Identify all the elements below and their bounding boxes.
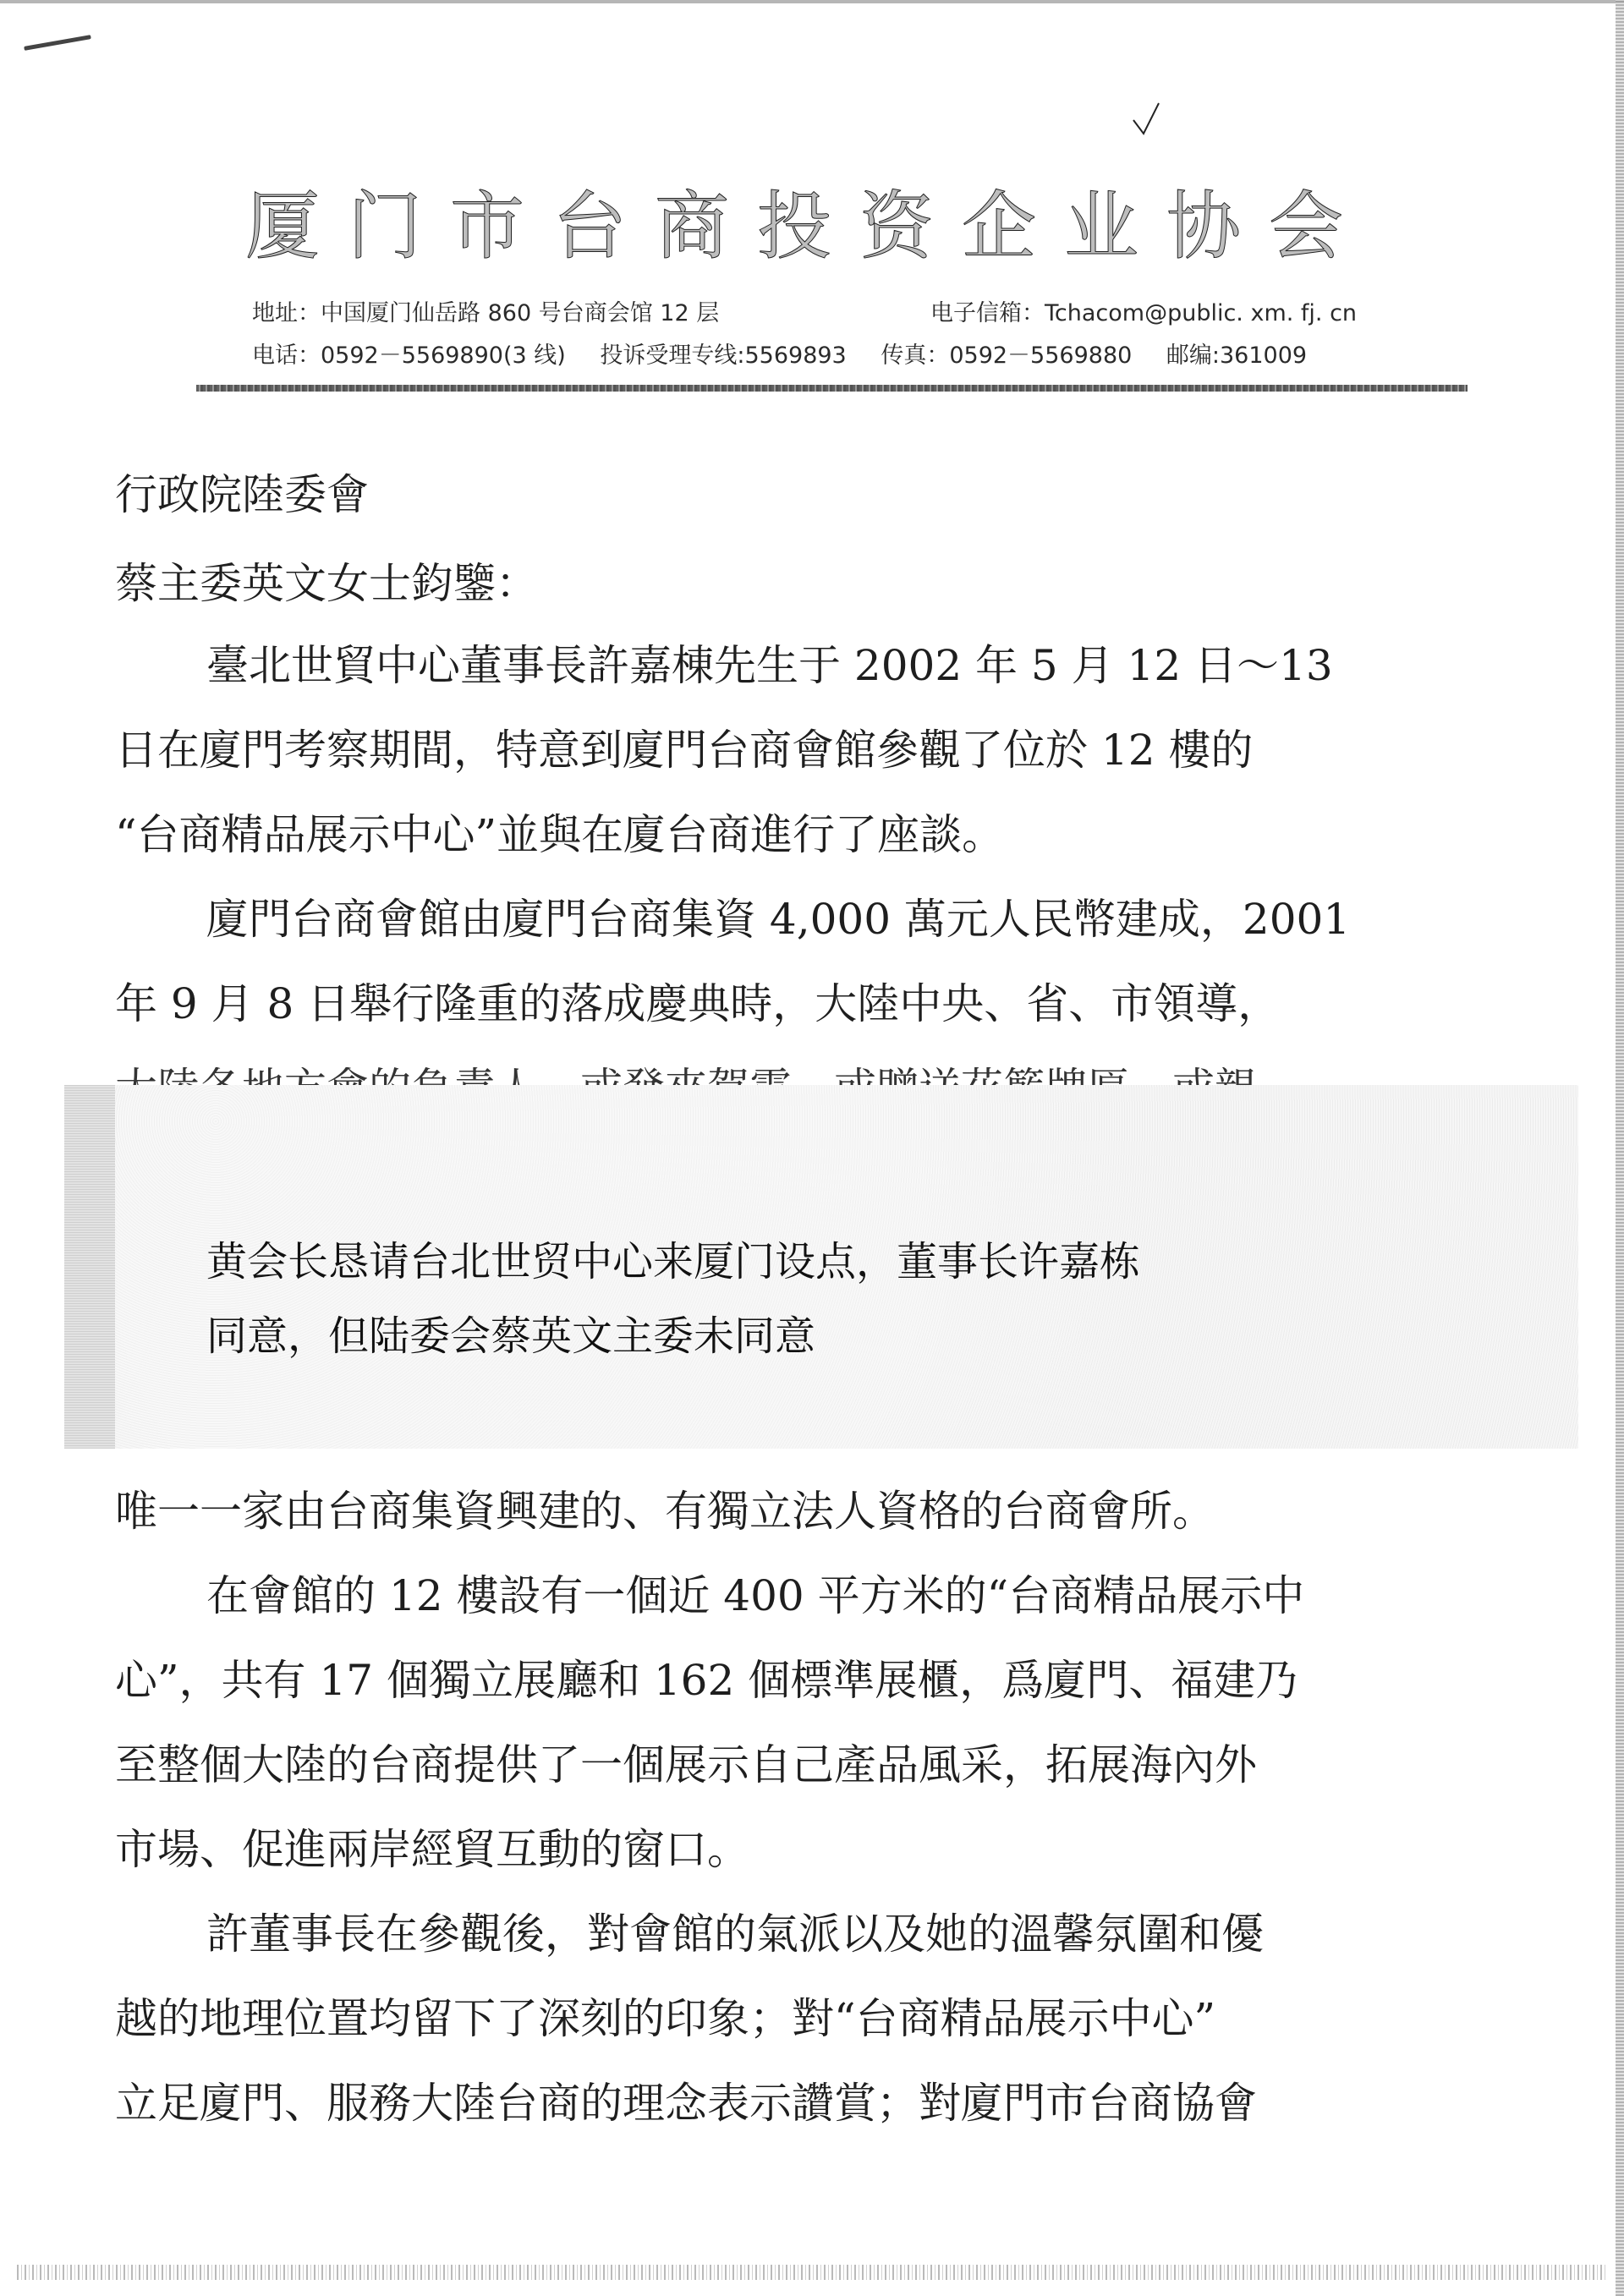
body-line: 臺北世貿中心董事長許嘉棟先生于 2002 年 5 月 12 日～13 [206, 644, 1333, 687]
scan-edge-top [0, 0, 1624, 3]
scan-edge-bottom [17, 2265, 1607, 2280]
body-line: 至整個大陸的台商提供了一個展示自己產品風采，拓展海內外 [115, 1744, 1257, 1786]
letterhead-complaint-line: 投诉受理专线:5569893 [600, 342, 846, 369]
letterhead-email: 电子信箱：Tchacom@public. xm. fj. cn [930, 294, 1357, 327]
annotation-box: 黄会长恳请台北世贸中心来厦门设点，董事长许嘉栋 同意，但陆委会蔡英文主委未同意 [64, 1085, 1578, 1449]
checkmark-icon [1132, 101, 1160, 135]
body-line: 唯一一家由台商集資興建的、有獨立法人資格的台商會所。 [115, 1490, 1215, 1532]
letterhead-phone: 电话：0592－5569890(3 线) [252, 342, 566, 369]
letterhead-postcode: 邮编:361009 [1166, 342, 1307, 369]
body-line: 立足廈門、服務大陸台商的理念表示讚賞；對廈門市台商協會 [115, 2082, 1257, 2124]
body-line: 在會館的 12 樓設有一個近 400 平方米的“台商精品展示中 [206, 1575, 1304, 1617]
body-line: 越的地理位置均留下了深刻的印象；對“台商精品展示中心” [115, 1997, 1215, 2040]
salutation: 蔡主委英文女士鈞鑒： [115, 562, 538, 605]
body-line: 市場、促進兩岸經貿互動的窗口。 [115, 1828, 749, 1871]
pen-mark [24, 35, 91, 51]
organization-title: 厦门市台商投资企业协会 [245, 167, 1429, 274]
body-line: 心”，共有 17 個獨立展廳和 162 個標準展櫃，爲廈門、福建乃 [115, 1659, 1298, 1701]
annotation-line: 黄会长恳请台北世贸中心来厦门设点，董事长许嘉栋 [206, 1229, 1140, 1287]
letterhead-address: 地址：中国厦门仙岳路 860 号台商会馆 12 层 [252, 294, 719, 327]
annotation-line: 同意，但陆委会蔡英文主委未同意 [206, 1303, 815, 1362]
recipient-org: 行政院陸委會 [115, 474, 369, 516]
body-line: 許董事長在參觀後，對會館的氣派以及她的溫馨氛圍和優 [206, 1913, 1264, 1955]
body-line: 年 9 月 8 日舉行隆重的落成慶典時，大陸中央、省、市領導， [115, 983, 1280, 1025]
body-line: “台商精品展示中心”並與在廈台商進行了座談。 [115, 814, 1004, 856]
letterhead-contacts: 电话：0592－5569890(3 线) 投诉受理专线:5569893 传真：0… [252, 337, 1334, 370]
letterhead-fax: 传真：0592－5569880 [881, 342, 1132, 369]
body-line: 廈門台商會館由廈門台商集資 4,000 萬元人民幣建成，2001 [206, 898, 1350, 940]
body-line: 日在廈門考察期間，特意到廈門台商會館參觀了位於 12 樓的 [115, 729, 1253, 771]
scan-edge-right [1616, 0, 1624, 2296]
letterhead-divider [196, 385, 1468, 392]
